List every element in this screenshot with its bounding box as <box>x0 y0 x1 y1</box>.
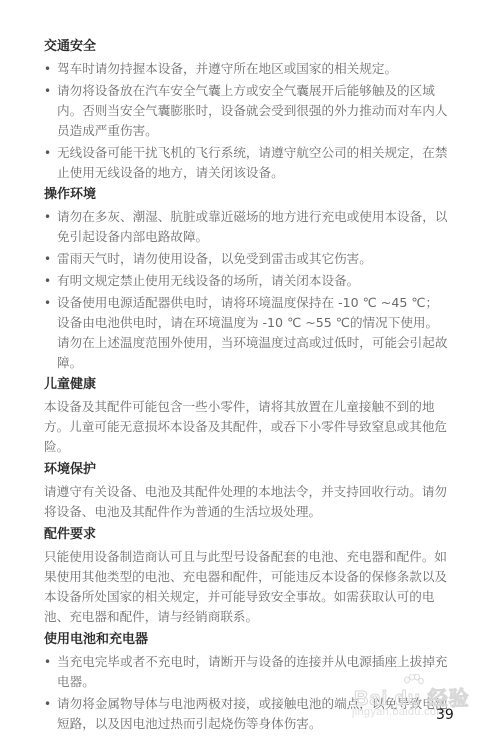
bullet-list: • 请勿在多灰、潮湿、肮脏或靠近磁场的地方进行充电或使用本设备，以免引起设备内部… <box>44 207 450 373</box>
section-heading: 使用电池和充电器 <box>44 630 450 650</box>
section-heading: 儿童健康 <box>44 375 450 395</box>
list-item: • 雷雨天气时，请勿使用设备，以免受到雷击或其它伤害。 <box>44 249 450 269</box>
bullet-icon: • <box>44 694 52 714</box>
bullet-icon: • <box>44 207 52 227</box>
section-battery-and-charger: 使用电池和充电器 • 当充电完毕或者不充电时，请断开与设备的连接并从电源插座上拔… <box>44 630 450 734</box>
bullet-list: • 驾车时请勿持握本设备，并遵守所在地区或国家的相关规定。 • 请勿将设备放在汽… <box>44 59 450 183</box>
list-item: • 请勿在多灰、潮湿、肮脏或靠近磁场的地方进行充电或使用本设备，以免引起设备内部… <box>44 207 450 247</box>
section-child-health: 儿童健康 本设备及其配件可能包含一些小零件，请将其放置在儿童接触不到的地方。儿童… <box>44 375 450 457</box>
section-paragraph: 请遵守有关设备、电池及其配件处理的本地法令，并支持回收行动。请勿将设备、电池及其… <box>44 482 450 522</box>
list-item: • 当充电完毕或者不充电时，请断开与设备的连接并从电源插座上拔掉充电器。 <box>44 652 450 692</box>
section-heading: 操作环境 <box>44 185 450 205</box>
list-item-text: 设备使用电源适配器供电时，请将环境温度保持在 -10 ℃ ~45 ℃；设备由电池… <box>57 295 447 370</box>
list-item-text: 请勿在多灰、潮湿、肮脏或靠近磁场的地方进行充电或使用本设备，以免引起设备内部电路… <box>57 209 447 244</box>
section-environmental-protection: 环境保护 请遵守有关设备、电池及其配件处理的本地法令，并支持回收行动。请勿将设备… <box>44 460 450 522</box>
list-item: • 请勿将金属物导体与电池两极对接，或接触电池的端点，以免导致电池短路，以及因电… <box>44 694 450 734</box>
section-paragraph: 本设备及其配件可能包含一些小零件，请将其放置在儿童接触不到的地方。儿童可能无意损… <box>44 397 450 457</box>
bullet-icon: • <box>44 81 52 101</box>
bullet-list: • 当充电完毕或者不充电时，请断开与设备的连接并从电源插座上拔掉充电器。 • 请… <box>44 652 450 734</box>
document-page: 交通安全 • 驾车时请勿持握本设备，并遵守所在地区或国家的相关规定。 • 请勿将… <box>44 37 450 736</box>
list-item-text: 无线设备可能干扰飞机的飞行系统，请遵守航空公司的相关规定，在禁止使用无线设备的地… <box>57 145 447 180</box>
bullet-icon: • <box>44 143 52 163</box>
list-item-text: 请勿将金属物导体与电池两极对接，或接触电池的端点，以免导致电池短路，以及因电池过… <box>57 696 447 731</box>
list-item: • 无线设备可能干扰飞机的飞行系统，请遵守航空公司的相关规定，在禁止使用无线设备… <box>44 143 450 183</box>
bullet-icon: • <box>44 652 52 672</box>
bullet-icon: • <box>44 293 52 313</box>
list-item-text: 当充电完毕或者不充电时，请断开与设备的连接并从电源插座上拔掉充电器。 <box>57 654 447 689</box>
list-item: • 请勿将设备放在汽车安全气囊上方或安全气囊展开后能够触及的区域内。否则当安全气… <box>44 81 450 141</box>
list-item-text: 雷雨天气时，请勿使用设备，以免受到雷击或其它伤害。 <box>57 251 372 266</box>
list-item: • 设备使用电源适配器供电时，请将环境温度保持在 -10 ℃ ~45 ℃；设备由… <box>44 293 450 373</box>
bullet-icon: • <box>44 271 52 291</box>
section-paragraph: 只能使用设备制造商认可且与此型号设备配套的电池、充电器和配件。如果使用其他类型的… <box>44 547 450 627</box>
bullet-icon: • <box>44 59 52 79</box>
section-heading: 环境保护 <box>44 460 450 480</box>
section-operating-environment: 操作环境 • 请勿在多灰、潮湿、肮脏或靠近磁场的地方进行充电或使用本设备，以免引… <box>44 185 450 373</box>
list-item-text: 有明文规定禁止使用无线设备的场所，请关闭本设备。 <box>57 273 359 288</box>
bullet-icon: • <box>44 249 52 269</box>
list-item: • 驾车时请勿持握本设备，并遵守所在地区或国家的相关规定。 <box>44 59 450 79</box>
list-item: • 有明文规定禁止使用无线设备的场所，请关闭本设备。 <box>44 271 450 291</box>
section-traffic-safety: 交通安全 • 驾车时请勿持握本设备，并遵守所在地区或国家的相关规定。 • 请勿将… <box>44 37 450 183</box>
list-item-text: 驾车时请勿持握本设备，并遵守所在地区或国家的相关规定。 <box>57 61 397 76</box>
section-heading: 交通安全 <box>44 37 450 57</box>
section-accessory-requirements: 配件要求 只能使用设备制造商认可且与此型号设备配套的电池、充电器和配件。如果使用… <box>44 525 450 627</box>
page-number: 39 <box>436 707 454 723</box>
section-heading: 配件要求 <box>44 525 450 545</box>
list-item-text: 请勿将设备放在汽车安全气囊上方或安全气囊展开后能够触及的区域内。否则当安全气囊膨… <box>57 83 447 138</box>
